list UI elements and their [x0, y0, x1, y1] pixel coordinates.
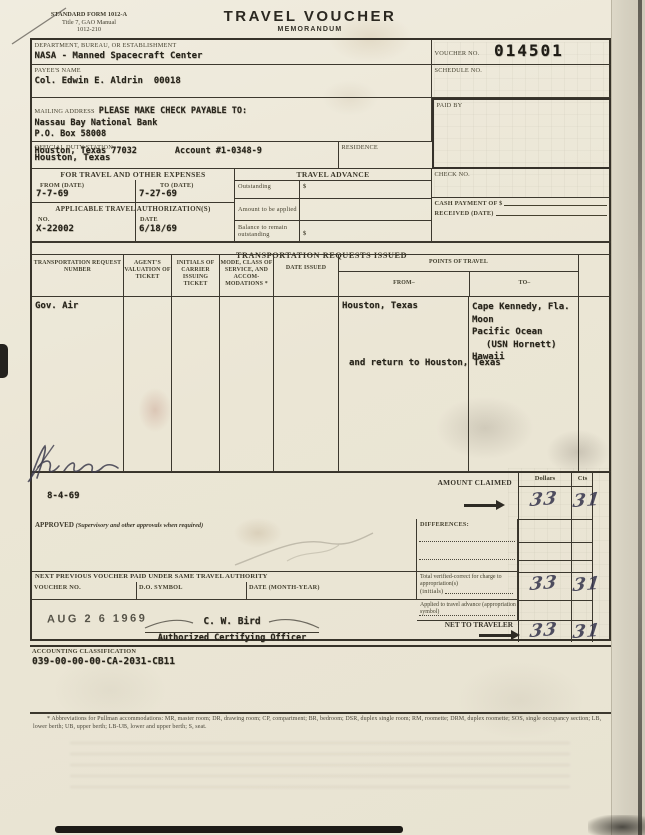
- table-column: [220, 297, 274, 472]
- do-symbol-label: D.O. SYMBOL: [137, 582, 247, 600]
- form-id-line2: Title 7, GAO Manual: [30, 19, 148, 27]
- travel-advance-cell: TRAVEL ADVANCE Outstanding $ Amount to b…: [235, 169, 432, 242]
- transport-table-header: TRANSPORTATION REQUEST NUMBER AGENT'S VA…: [32, 255, 611, 297]
- divider: [519, 486, 592, 487]
- dotted-line: [419, 615, 515, 616]
- dotted-line: [419, 559, 515, 560]
- mailing-pobox: P.O. Box 58008: [35, 129, 429, 140]
- voucher-no-cell: VOUCHER NO. 014501: [432, 40, 611, 65]
- duty-station-label: OFFICIAL DUTY STATION: [35, 144, 336, 151]
- th-points-of-travel-group: POINTS OF TRAVEL FROM– TO–: [339, 255, 579, 297]
- to-line: Pacific Ocean: [472, 326, 570, 339]
- dollar-sign: $: [303, 183, 306, 190]
- amount-to-be-applied-label: Amount to be applied: [238, 206, 297, 213]
- page-title: TRAVEL VOUCHER: [160, 9, 460, 25]
- th-carrier-initials: INITIALS OF CARRIER ISSUING TICKET: [172, 255, 220, 297]
- previous-voucher-header: NEXT PREVIOUS VOUCHER PAID UNDER SAME TR…: [35, 573, 268, 581]
- signed-date: 8-4-69: [47, 491, 80, 502]
- form-id-line3: 1012-210: [30, 26, 148, 34]
- auth-date-value: 6/18/69: [139, 224, 177, 235]
- to-line: (USN Hornett): [472, 339, 570, 352]
- voucher-no-value: 014501: [494, 42, 564, 60]
- approved-note: (Supervisory and other approvals when re…: [76, 522, 204, 529]
- table-column: [339, 297, 469, 472]
- paid-by-label: PAID BY: [437, 102, 607, 109]
- schedule-no-label: SCHEDULE NO.: [435, 67, 609, 74]
- mailing-payable: PLEASE MAKE CHECK PAYABLE TO:: [99, 106, 247, 116]
- cell-from-value: Houston, Texas: [342, 301, 418, 312]
- dollars-header: Dollars: [519, 475, 571, 482]
- table-column: [274, 297, 339, 472]
- double-rule: [30, 645, 611, 647]
- travel-authorization-header: APPLICABLE TRAVEL AUTHORIZATION(S): [32, 205, 234, 214]
- total-verified-cell: Total verified-correct for charge to app…: [417, 572, 518, 600]
- net-dollars: 33: [529, 621, 559, 641]
- applied-advance-label: Applied to travel advance (appropriation…: [420, 602, 516, 615]
- pencil-scribble: [227, 527, 377, 571]
- table-column: [32, 297, 124, 472]
- form-id-line1: STANDARD FORM 1012-A: [30, 11, 148, 19]
- travel-advance-header: TRAVEL ADVANCE: [235, 171, 431, 180]
- payee-cell: PAYEE'S NAME Col. Edwin E. Aldrin 00018: [32, 65, 432, 98]
- cents-header: Cts: [571, 475, 594, 482]
- certification-area: AUG 2 6 1969 C. W. Bird Authorized Certi…: [32, 600, 417, 643]
- balance-outstanding-label: Balance to remain outstanding: [238, 224, 296, 238]
- dotted-line: [419, 541, 515, 542]
- footnote-rule: [30, 712, 611, 714]
- divider: [519, 560, 592, 561]
- applied-advance-cell: Applied to travel advance (appropriation…: [417, 600, 518, 621]
- blank-line: [496, 210, 607, 216]
- officer-title: Authorized Certifying Officer: [127, 633, 337, 644]
- received-date-label: RECEIVED (DATE): [435, 210, 494, 217]
- accounting-label: ACCOUNTING CLASSIFICATION: [32, 648, 136, 655]
- certifying-officer-block: C. W. Bird Authorized Certifying Officer: [127, 610, 337, 642]
- cell-return-value: and return to Houston, Texas: [349, 358, 501, 369]
- divider: [519, 600, 592, 601]
- differences-label: DIFFERENCES:: [420, 521, 469, 528]
- divider: [235, 220, 431, 221]
- th-mode-class: MODE, CLASS OF SERVICE, AND ACCOM-MODATI…: [220, 255, 274, 297]
- previous-voucher-cell: NEXT PREVIOUS VOUCHER PAID UNDER SAME TR…: [32, 572, 417, 600]
- th-points-of-travel: POINTS OF TRAVEL: [339, 255, 578, 272]
- amount-claimed-dollars: 33: [529, 490, 559, 510]
- divider: [235, 180, 431, 181]
- scan-blob-left: [0, 344, 8, 378]
- check-no-label: CHECK NO.: [435, 171, 609, 178]
- th-date-issued: DATE ISSUED: [274, 255, 339, 297]
- transport-requests-band: TRANSPORTATION REQUESTS ISSUED: [32, 242, 611, 255]
- scan-smudge-bottom-right: [588, 815, 645, 835]
- schedule-no-cell: SCHEDULE NO.: [432, 65, 611, 98]
- prev-voucher-no-label: VOUCHER NO.: [32, 582, 137, 600]
- net-to-traveler-label: NET TO TRAVELER: [435, 621, 513, 629]
- cell-request-value: Gov. Air: [35, 301, 78, 312]
- auth-no-label: NO.: [38, 216, 50, 223]
- th-request-number: TRANSPORTATION REQUEST NUMBER: [32, 255, 124, 297]
- payee-label: PAYEE'S NAME: [35, 67, 429, 74]
- transport-table-body: Gov. Air Houston, Texas Cape Kennedy, Fl…: [32, 297, 611, 472]
- to-line: Moon: [472, 314, 570, 327]
- outstanding-label: Outstanding: [238, 183, 271, 190]
- form-id: STANDARD FORM 1012-A Title 7, GAO Manual…: [30, 11, 148, 34]
- divider: [519, 519, 592, 520]
- scanned-travel-voucher: STANDARD FORM 1012-A Title 7, GAO Manual…: [0, 0, 645, 835]
- page-subtitle: MEMORANDUM: [160, 25, 460, 34]
- cell-to-value: Cape Kennedy, Fla. Moon Pacific Ocean (U…: [472, 301, 570, 364]
- approved-label: APPROVED: [35, 521, 74, 529]
- form-frame: DEPARTMENT, BUREAU, OR ESTABLISHMENT NAS…: [30, 38, 611, 641]
- right-arrow-icon: [479, 634, 511, 637]
- net-cents: 31: [572, 622, 602, 642]
- right-arrow-icon: [464, 504, 496, 507]
- residence-cell: RESIDENCE: [339, 142, 432, 169]
- divider: [571, 472, 572, 642]
- title-block: TRAVEL VOUCHER MEMORANDUM: [160, 9, 460, 34]
- scan-bar-bottom: [55, 826, 403, 833]
- initials-label: (initials): [420, 588, 443, 595]
- scan-edge-right: [638, 0, 642, 835]
- mailing-address-cell: MAILING ADDRESS PLEASE MAKE CHECK PAYABL…: [32, 98, 432, 142]
- amount-claimed-cents: 31: [572, 491, 602, 511]
- ghost-text-bleedthrough: [70, 742, 570, 797]
- footnote: * Abbreviations for Pullman accommodatio…: [33, 716, 608, 731]
- officer-name: C. W. Bird: [127, 616, 337, 627]
- to-line: Cape Kennedy, Fla.: [472, 301, 570, 314]
- auth-date-label: DATE: [140, 216, 158, 223]
- accounting-value: 039-00-00-00-CA-2031-CB11: [32, 656, 175, 667]
- from-date-value: 7-7-69: [36, 189, 69, 200]
- divider: [299, 180, 300, 242]
- payee-value: Col. Edwin E. Aldrin 00018: [35, 76, 429, 87]
- check-no-cell: CHECK NO.: [432, 169, 611, 198]
- voucher-no-label: VOUCHER NO.: [435, 50, 480, 57]
- total-verified-label: Total verified-correct for charge to app…: [420, 574, 516, 587]
- date-month-year-label: DATE (MONTH-YEAR): [247, 582, 417, 600]
- divider: [235, 198, 431, 199]
- mailing-bank: Nassau Bay National Bank: [35, 118, 429, 129]
- th-to: TO–: [469, 272, 579, 297]
- th-from: FROM–: [339, 272, 469, 297]
- approved-cell: APPROVED (Supervisory and other approval…: [32, 519, 417, 572]
- cash-payment-cell: CASH PAYMENT OF $ RECEIVED (DATE): [432, 198, 611, 242]
- th-agent-valuation: AGENT'S VALUATION OF TICKET: [124, 255, 172, 297]
- auth-no-value: X-22002: [36, 224, 74, 235]
- duty-station-value: Houston, Texas: [35, 153, 336, 164]
- table-column: [172, 297, 220, 472]
- money-column: Dollars Cts 33 31 33 31 33 31: [518, 472, 593, 642]
- department-cell: DEPARTMENT, BUREAU, OR ESTABLISHMENT NAS…: [32, 40, 432, 65]
- to-date-value: 7-27-69: [139, 189, 177, 200]
- amount-claimed-label: AMOUNT CLAIMED: [430, 479, 512, 487]
- cash-payment-label: CASH PAYMENT OF $: [435, 200, 503, 207]
- dotted-line: [445, 588, 513, 594]
- department-value: NASA - Manned Spacecraft Center: [35, 51, 429, 62]
- verified-cents: 31: [572, 575, 602, 595]
- divider: [519, 542, 592, 543]
- dollar-sign: $: [303, 230, 306, 237]
- paid-by-box: PAID BY: [432, 98, 611, 169]
- blank-line: [504, 200, 606, 206]
- differences-cell: DIFFERENCES:: [417, 519, 518, 572]
- residence-label: RESIDENCE: [342, 144, 430, 151]
- travel-expenses-header: FOR TRAVEL AND OTHER EXPENSES: [32, 171, 234, 180]
- travel-expenses-cell: FOR TRAVEL AND OTHER EXPENSES FROM (DATE…: [32, 169, 235, 242]
- table-column: [124, 297, 172, 472]
- department-label: DEPARTMENT, BUREAU, OR ESTABLISHMENT: [35, 42, 429, 49]
- mailing-label: MAILING ADDRESS: [35, 108, 95, 115]
- divider: [32, 202, 234, 203]
- verified-dollars: 33: [529, 574, 559, 594]
- duty-station-cell: OFFICIAL DUTY STATION Houston, Texas: [32, 142, 339, 169]
